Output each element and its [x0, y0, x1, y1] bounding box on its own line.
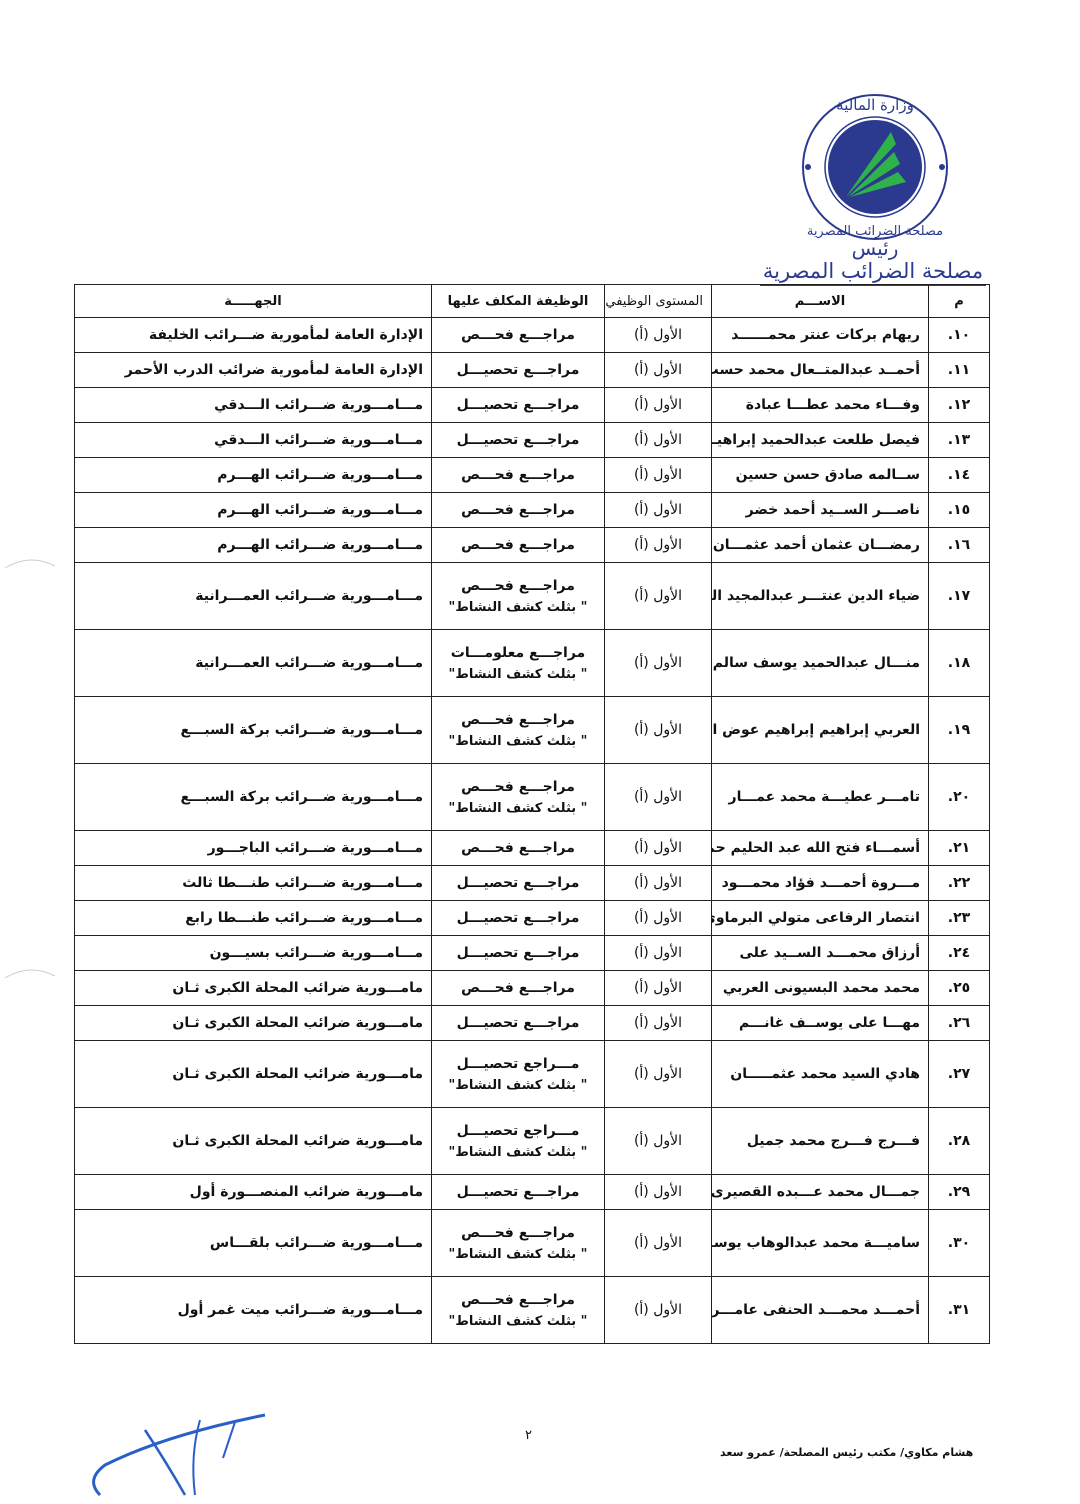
- row-number: ١٨.: [929, 630, 990, 697]
- table-row: ١٨.منـــال عبدالحميد يوسف سالمالأول (أ)م…: [75, 630, 990, 697]
- assigned-job: مراجـــع تحصيـــل: [432, 353, 605, 388]
- table-row: ٢٦.مهـــا على يوســف غانـــمالأول (أ)مرا…: [75, 1006, 990, 1041]
- table-row: ٢١.أسمـــاء فتح الله عبد الحليم حمودةالأ…: [75, 831, 990, 866]
- employee-name: أحمــد عبدالمتــعال محمد حسب الله: [712, 353, 929, 388]
- job-title: مراجـــع فحـــص: [461, 467, 575, 483]
- department: مـــامـــورية ضـــرائب ميت غمر أول: [75, 1277, 432, 1344]
- header-dept: الجهـــــة: [75, 285, 432, 318]
- job-level: الأول (أ): [605, 697, 712, 764]
- department: مامـــورية ضرائب المحلة الكبرى ثـان: [75, 971, 432, 1006]
- table-row: ١٥.ناصـــر الســيد أحمد خضرالأول (أ)مراج…: [75, 493, 990, 528]
- assigned-job: مراجـــع تحصيـــل: [432, 1006, 605, 1041]
- job-note: " بثلث كشف النشاط": [440, 1247, 596, 1262]
- job-level: الأول (أ): [605, 458, 712, 493]
- employee-name: مهـــا على يوســف غانـــم: [712, 1006, 929, 1041]
- row-number: ٢٧.: [929, 1041, 990, 1108]
- department: مامـــورية ضرائب المحلة الكبرى ثـان: [75, 1108, 432, 1175]
- table-row: ١٩.العربي إبراهيم إبراهيم عوض اللهالأول …: [75, 697, 990, 764]
- job-title: مراجـــع تحصيـــل: [457, 945, 580, 961]
- row-number: ١٧.: [929, 563, 990, 630]
- row-number: ٢٩.: [929, 1175, 990, 1210]
- table-row: ١٧.ضياء الدين عنتـــر عبدالمجيد الفقـــي…: [75, 563, 990, 630]
- job-note: " بثلث كشف النشاط": [440, 1145, 596, 1160]
- job-note: " بثلث كشف النشاط": [440, 600, 596, 615]
- employee-name: فـــرج فـــرج محمد جميل: [712, 1108, 929, 1175]
- employee-name: منـــال عبدالحميد يوسف سالم: [712, 630, 929, 697]
- table-row: ٢٤.أرزاق محمـــد الســيد علىالأول (أ)مرا…: [75, 936, 990, 971]
- job-level: الأول (أ): [605, 1277, 712, 1344]
- department: الإدارة العامة لمأمورية ضرائب الدرب الأح…: [75, 353, 432, 388]
- department: مـــامـــورية ضـــرائب بركة السبـــع: [75, 764, 432, 831]
- assigned-job: مراجـــع فحـــص" بثلث كشف النشاط": [432, 764, 605, 831]
- department: مامـــورية ضرائب المحلة الكبرى ثـان: [75, 1041, 432, 1108]
- job-level: الأول (أ): [605, 1175, 712, 1210]
- row-number: ٢٣.: [929, 901, 990, 936]
- department: مـــامـــورية ضـــرائب العمـــرانية: [75, 630, 432, 697]
- department: مامـــورية ضرائب المحلة الكبرى ثـان: [75, 1006, 432, 1041]
- row-number: ١٥.: [929, 493, 990, 528]
- job-title: مراجـــع فحـــص: [461, 980, 575, 996]
- row-number: ٢٠.: [929, 764, 990, 831]
- job-level: الأول (أ): [605, 1041, 712, 1108]
- department: مـــامـــورية ضـــرائب بركة السبـــع: [75, 697, 432, 764]
- job-note: " بثلث كشف النشاط": [440, 801, 596, 816]
- assigned-job: مراجـــع فحـــص: [432, 458, 605, 493]
- employee-name: أرزاق محمـــد الســيد على: [712, 936, 929, 971]
- job-title: مراجـــع تحصيـــل: [457, 397, 580, 413]
- job-level: الأول (أ): [605, 1006, 712, 1041]
- employee-name: ســالمه صادق حسن حسين: [712, 458, 929, 493]
- job-title: مراجـــع فحـــص: [461, 537, 575, 553]
- table-row: ١٦.رمضـــان عثمان أحمد عثمـــانالأول (أ)…: [75, 528, 990, 563]
- job-title: مراجـــع معلومـــات: [451, 645, 585, 661]
- employee-name: انتصار الرفاعى متولي البرماوي: [712, 901, 929, 936]
- job-level: الأول (أ): [605, 1210, 712, 1277]
- table-row: ٢٧.هادي السيد محمد عثمـــــانالأول (أ)مـ…: [75, 1041, 990, 1108]
- row-number: ١٢.: [929, 388, 990, 423]
- department: مـــامـــورية ضـــرائب طنـــطا رابع: [75, 901, 432, 936]
- assigned-job: مراجـــع فحـــص: [432, 831, 605, 866]
- row-number: ٢٨.: [929, 1108, 990, 1175]
- table-row: ٣١.أحمـــد محمـــد الحنفى عامـــرالأول (…: [75, 1277, 990, 1344]
- table-row: ١٠.ريهام بركات عنتر محمــــــدالأول (أ)م…: [75, 318, 990, 353]
- assigned-job: مراجـــع فحـــص" بثلث كشف النشاط": [432, 563, 605, 630]
- assigned-job: مراجـــع فحـــص: [432, 528, 605, 563]
- row-number: ١٦.: [929, 528, 990, 563]
- employee-name: ناصـــر الســيد أحمد خضر: [712, 493, 929, 528]
- table-row: ١١.أحمــد عبدالمتــعال محمد حسب اللهالأو…: [75, 353, 990, 388]
- table-row: ٢٩.جمـــال محمد عـــبده القصيرىالأول (أ)…: [75, 1175, 990, 1210]
- job-note: " بثلث كشف النشاط": [440, 1314, 596, 1329]
- assigned-job: مراجـــع فحـــص" بثلث كشف النشاط": [432, 1277, 605, 1344]
- assigned-job: مراجـــع تحصيـــل: [432, 866, 605, 901]
- job-title: مراجـــع فحـــص: [461, 502, 575, 518]
- header-level: المستوى الوظيفي: [605, 285, 712, 318]
- job-note: " بثلث كشف النشاط": [440, 667, 596, 682]
- job-title: مراجـــع فحـــص: [461, 578, 575, 594]
- department: مامـــورية ضرائب المنصـــورة أول: [75, 1175, 432, 1210]
- employee-name: مـــروة أحمـــد فؤاد محمـــود: [712, 866, 929, 901]
- row-number: ٢٦.: [929, 1006, 990, 1041]
- department: الإدارة العامة لمأمورية ضـــرائب الخليفة: [75, 318, 432, 353]
- job-level: الأول (أ): [605, 831, 712, 866]
- job-title: مراجـــع فحـــص: [461, 1292, 575, 1308]
- employee-name: أحمـــد محمـــد الحنفى عامـــر: [712, 1277, 929, 1344]
- issuer-title: رئيس: [780, 236, 970, 260]
- assigned-job: مراجـــع فحـــص: [432, 318, 605, 353]
- margin-mark-icon: [0, 548, 60, 578]
- job-title: مراجـــع فحـــص: [461, 840, 575, 856]
- job-title: مراجـــع تحصيـــل: [457, 910, 580, 926]
- table-row: ٢٥.محمد محمد البسيونى العربيالأول (أ)مرا…: [75, 971, 990, 1006]
- job-level: الأول (أ): [605, 901, 712, 936]
- issuer-organization: مصلحة الضرائب المصرية: [760, 258, 986, 286]
- employee-name: رمضـــان عثمان أحمد عثمـــان: [712, 528, 929, 563]
- row-number: ١٣.: [929, 423, 990, 458]
- row-number: ٢٢.: [929, 866, 990, 901]
- header-no: م: [929, 285, 990, 318]
- table-row: ٢٣.انتصار الرفاعى متولي البرماويالأول (أ…: [75, 901, 990, 936]
- table-row: ١٢.وفـــاء محمد عطـــا عبادةالأول (أ)مرا…: [75, 388, 990, 423]
- page-number: ٢: [525, 1428, 532, 1443]
- row-number: ١١.: [929, 353, 990, 388]
- employee-name: محمد محمد البسيونى العربي: [712, 971, 929, 1006]
- assigned-job: مراجـــع تحصيـــل: [432, 901, 605, 936]
- job-level: الأول (أ): [605, 423, 712, 458]
- employee-name: ساميـــة محمد عبدالوهاب يوســف: [712, 1210, 929, 1277]
- assigned-job: مراجـــع تحصيـــل: [432, 936, 605, 971]
- department: مـــامـــورية ضـــرائب الباجـــور: [75, 831, 432, 866]
- employee-name: وفـــاء محمد عطـــا عبادة: [712, 388, 929, 423]
- row-number: ٣٠.: [929, 1210, 990, 1277]
- row-number: ٢٤.: [929, 936, 990, 971]
- assigned-job: مراجـــع فحـــص" بثلث كشف النشاط": [432, 1210, 605, 1277]
- assigned-job: مراجـــع فحـــص" بثلث كشف النشاط": [432, 697, 605, 764]
- assigned-job: مـــراجع تحصيـــل" بثلث كشف النشاط": [432, 1108, 605, 1175]
- footer-credit: هشام مكاوي/ مكتب رئيس المصلحة/ عمرو سعد: [720, 1446, 973, 1459]
- department: مـــامـــورية ضـــرائب طنـــطا ثالث: [75, 866, 432, 901]
- department: مـــامـــورية ضـــرائب الهـــرم: [75, 493, 432, 528]
- job-title: مـــراجع تحصيـــل: [457, 1056, 580, 1072]
- job-level: الأول (أ): [605, 388, 712, 423]
- job-note: " بثلث كشف النشاط": [440, 1078, 596, 1093]
- job-level: الأول (أ): [605, 936, 712, 971]
- department: مـــامـــورية ضـــرائب بلقـــاس: [75, 1210, 432, 1277]
- assigned-job: مراجـــع تحصيـــل: [432, 388, 605, 423]
- job-level: الأول (أ): [605, 318, 712, 353]
- job-title: مراجـــع تحصيـــل: [457, 362, 580, 378]
- table-row: ١٣.فيصل طلعت عبدالحميد إبراهيـمالأول (أ)…: [75, 423, 990, 458]
- table-row: ٢٨.فـــرج فـــرج محمد جميلالأول (أ)مـــر…: [75, 1108, 990, 1175]
- table-row: ٢٠.تامـــر عطيـــة محمد عمـــارالأول (أ)…: [75, 764, 990, 831]
- job-level: الأول (أ): [605, 764, 712, 831]
- job-level: الأول (أ): [605, 971, 712, 1006]
- employee-name: ضياء الدين عنتـــر عبدالمجيد الفقـــي: [712, 563, 929, 630]
- row-number: ٢٥.: [929, 971, 990, 1006]
- job-level: الأول (أ): [605, 353, 712, 388]
- row-number: ٢١.: [929, 831, 990, 866]
- table-header-row: م الاســـم المستوى الوظيفي الوظيفة المكل…: [75, 285, 990, 318]
- row-number: ١٤.: [929, 458, 990, 493]
- department: مـــامـــورية ضـــرائب بسيـــون: [75, 936, 432, 971]
- department: مـــامـــورية ضـــرائب الهـــرم: [75, 458, 432, 493]
- job-title: مراجـــع فحـــص: [461, 712, 575, 728]
- employee-name: العربي إبراهيم إبراهيم عوض الله: [712, 697, 929, 764]
- employee-name: هادي السيد محمد عثمـــــان: [712, 1041, 929, 1108]
- employee-name: ريهام بركات عنتر محمــــــد: [712, 318, 929, 353]
- employee-name: جمـــال محمد عـــبده القصيرى: [712, 1175, 929, 1210]
- job-title: مراجـــع فحـــص: [461, 1225, 575, 1241]
- job-level: الأول (أ): [605, 528, 712, 563]
- department: مـــامـــورية ضـــرائب الـــدقي: [75, 388, 432, 423]
- job-title: مـــراجع تحصيـــل: [457, 1123, 580, 1139]
- table-row: ٢٢.مـــروة أحمـــد فؤاد محمـــودالأول (أ…: [75, 866, 990, 901]
- job-title: مراجـــع فحـــص: [461, 779, 575, 795]
- job-title: مراجـــع تحصيـــل: [457, 875, 580, 891]
- job-level: الأول (أ): [605, 563, 712, 630]
- department: مـــامـــورية ضـــرائب الهـــرم: [75, 528, 432, 563]
- table-row: ١٤.ســالمه صادق حسن حسينالأول (أ)مراجـــ…: [75, 458, 990, 493]
- assigned-job: مراجـــع تحصيـــل: [432, 1175, 605, 1210]
- row-number: ١٩.: [929, 697, 990, 764]
- job-note: " بثلث كشف النشاط": [440, 734, 596, 749]
- header-job: الوظيفة المكلف عليها: [432, 285, 605, 318]
- job-title: مراجـــع تحصيـــل: [457, 432, 580, 448]
- ministry-of-finance-logo-icon: وزارة المالية مصلحة الضرائب المصرية: [796, 92, 954, 242]
- signature-icon: [85, 1410, 285, 1500]
- margin-mark-icon: [0, 958, 60, 988]
- department: مـــامـــورية ضـــرائب العمـــرانية: [75, 563, 432, 630]
- row-number: ١٠.: [929, 318, 990, 353]
- job-title: مراجـــع تحصيـــل: [457, 1184, 580, 1200]
- assigned-job: مراجـــع تحصيـــل: [432, 423, 605, 458]
- employee-name: أسمـــاء فتح الله عبد الحليم حمودة: [712, 831, 929, 866]
- table-row: ٣٠.ساميـــة محمد عبدالوهاب يوســفالأول (…: [75, 1210, 990, 1277]
- assignments-table: م الاســـم المستوى الوظيفي الوظيفة المكل…: [74, 284, 990, 1344]
- assigned-job: مراجـــع فحـــص: [432, 971, 605, 1006]
- job-level: الأول (أ): [605, 630, 712, 697]
- employee-name: تامـــر عطيـــة محمد عمـــار: [712, 764, 929, 831]
- job-level: الأول (أ): [605, 1108, 712, 1175]
- job-title: مراجـــع فحـــص: [461, 327, 575, 343]
- svg-text:وزارة المالية: وزارة المالية: [836, 96, 914, 114]
- employee-name: فيصل طلعت عبدالحميد إبراهيـم: [712, 423, 929, 458]
- job-level: الأول (أ): [605, 866, 712, 901]
- job-level: الأول (أ): [605, 493, 712, 528]
- header-name: الاســـم: [712, 285, 929, 318]
- assigned-job: مراجـــع معلومـــات" بثلث كشف النشاط": [432, 630, 605, 697]
- row-number: ٣١.: [929, 1277, 990, 1344]
- assigned-job: مراجـــع فحـــص: [432, 493, 605, 528]
- job-title: مراجـــع تحصيـــل: [457, 1015, 580, 1031]
- assigned-job: مـــراجع تحصيـــل" بثلث كشف النشاط": [432, 1041, 605, 1108]
- department: مـــامـــورية ضـــرائب الـــدقي: [75, 423, 432, 458]
